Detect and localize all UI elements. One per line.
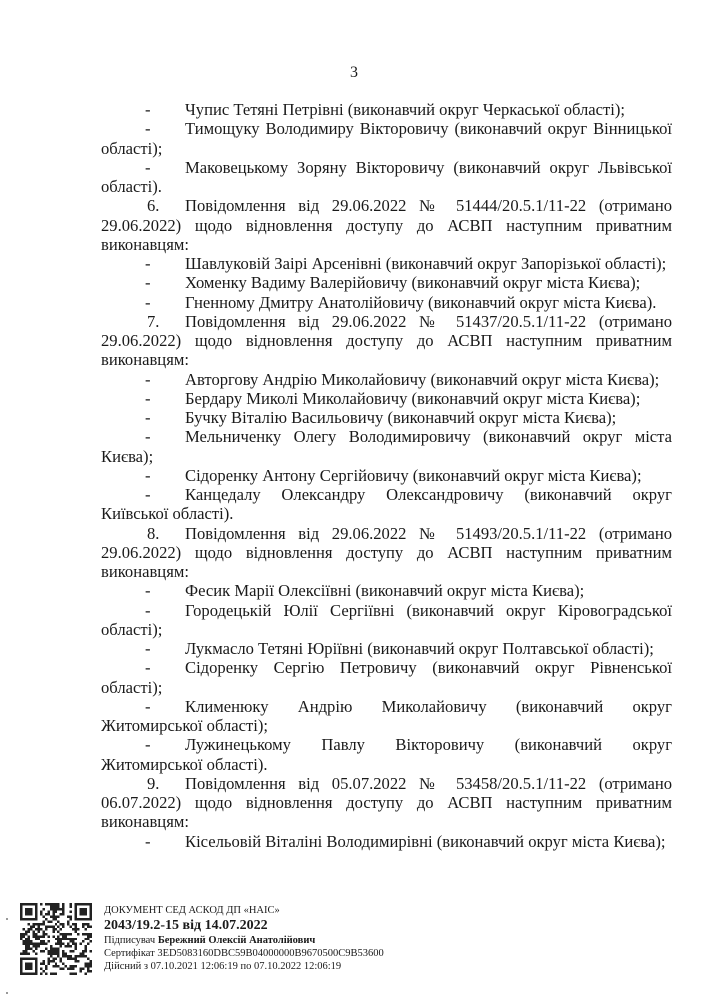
list-item: -Авторгову Андрію Миколайовичу (виконавч… <box>101 370 672 389</box>
paragraph-number: 6. <box>101 196 185 215</box>
list-item: -Чупис Тетяні Петрівні (виконавчий округ… <box>101 100 672 119</box>
list-item-text: Сідоренку Сергію Петровичу (виконавчий о… <box>101 658 672 696</box>
list-item-text: Бучку Віталію Васильовичу (виконавчий ок… <box>185 408 616 427</box>
bullet-dash: - <box>145 427 151 446</box>
list-item: -Хоменку Вадиму Валерійовичу (виконавчий… <box>101 273 672 292</box>
list-item-text: Маковецькому Зоряну Вікторовичу (виконав… <box>101 158 672 196</box>
paragraph-text: Повідомлення від 29.06.2022 № 51444/20.5… <box>101 196 672 254</box>
list-item-text: Авторгову Андрію Миколайовичу (виконавчи… <box>185 370 659 389</box>
stamp-doc-number: 2043/19.2-15 від 14.07.2022 <box>104 917 384 934</box>
numbered-paragraph: 7.Повідомлення від 29.06.2022 № 51437/20… <box>101 312 672 370</box>
numbered-paragraph: 8.Повідомлення від 29.06.2022 № 51493/20… <box>101 524 672 582</box>
list-item: -Шавлуковій Заірі Арсенівні (виконавчий … <box>101 254 672 273</box>
list-item: -Бучку Віталію Васильовичу (виконавчий о… <box>101 408 672 427</box>
bullet-dash: - <box>145 832 151 851</box>
signer-label: Підписувач <box>104 935 155 946</box>
bullet-dash: - <box>145 293 151 312</box>
paragraph-number: 9. <box>101 774 185 793</box>
list-item-text: Канцедалу Олександру Олександровичу (вик… <box>101 485 672 523</box>
qr-code-icon <box>20 903 92 975</box>
list-item: -Сідоренку Антону Сергійовичу (виконавчи… <box>101 466 672 485</box>
list-item-text: Гненному Дмитру Анатолійовичу (виконавчи… <box>185 293 656 312</box>
bullet-dash: - <box>145 639 151 658</box>
bullet-dash: - <box>145 273 151 292</box>
list-item: -Лукмасло Тетяні Юріївні (виконавчий окр… <box>101 639 672 658</box>
list-item-text: Фесик Марії Олексіївні (виконавчий округ… <box>185 581 584 600</box>
scan-mark <box>6 918 8 920</box>
paragraph-text: Повідомлення від 05.07.2022 № 53458/20.5… <box>101 774 672 832</box>
list-item-text: Кісельовій Віталіні Володимирівні (викон… <box>185 832 666 851</box>
bullet-dash: - <box>145 100 151 119</box>
bullet-dash: - <box>145 658 151 677</box>
paragraph-number: 7. <box>101 312 185 331</box>
stamp-certificate: Сертифікат 3ED5083160DBC59B04000000B9670… <box>104 947 384 960</box>
paragraph-number: 8. <box>101 524 185 543</box>
list-item: -Сідоренку Сергію Петровичу (виконавчий … <box>101 658 672 697</box>
list-item: -Гненному Дмитру Анатолійовичу (виконавч… <box>101 293 672 312</box>
list-item-text: Мельниченку Олегу Володимировичу (викона… <box>101 427 672 465</box>
list-item: -Кісельовій Віталіні Володимирівні (вико… <box>101 832 672 851</box>
stamp-signer: Підписувач Бережний Олексій Анатолійович <box>104 934 384 947</box>
stamp-text: ДОКУМЕНТ СЕД АСКОД ДП «НАІС» 2043/19.2-1… <box>104 904 384 973</box>
signer-name: Бережний Олексій Анатолійович <box>158 935 315 946</box>
list-item-text: Лужинецькому Павлу Вікторовичу (виконавч… <box>101 735 672 773</box>
list-item-text: Хоменку Вадиму Валерійовичу (виконавчий … <box>185 273 640 292</box>
bullet-dash: - <box>145 254 151 273</box>
list-item-text: Клименюку Андрію Миколайовичу (виконавчи… <box>101 697 672 735</box>
bullet-dash: - <box>145 370 151 389</box>
bullet-dash: - <box>145 581 151 600</box>
list-item: -Городецькій Юлії Сергіївні (виконавчий … <box>101 601 672 640</box>
paragraph-text: Повідомлення від 29.06.2022 № 51437/20.5… <box>101 312 672 370</box>
signature-stamp: ДОКУМЕНТ СЕД АСКОД ДП «НАІС» 2043/19.2-1… <box>20 903 440 979</box>
list-item: -Маковецькому Зоряну Вікторовичу (викона… <box>101 158 672 197</box>
document-body: -Чупис Тетяні Петрівні (виконавчий округ… <box>101 100 672 851</box>
list-item-text: Чупис Тетяні Петрівні (виконавчий округ … <box>185 100 625 119</box>
stamp-doc-system: ДОКУМЕНТ СЕД АСКОД ДП «НАІС» <box>104 904 384 917</box>
list-item: -Канцедалу Олександру Олександровичу (ви… <box>101 485 672 524</box>
list-item-text: Шавлуковій Заірі Арсенівні (виконавчий о… <box>185 254 666 273</box>
list-item: -Лужинецькому Павлу Вікторовичу (виконав… <box>101 735 672 774</box>
page-number: 3 <box>0 64 708 82</box>
bullet-dash: - <box>145 158 151 177</box>
numbered-paragraph: 9.Повідомлення від 05.07.2022 № 53458/20… <box>101 774 672 832</box>
bullet-dash: - <box>145 601 151 620</box>
scan-mark <box>6 992 8 994</box>
list-item-text: Городецькій Юлії Сергіївні (виконавчий о… <box>101 601 672 639</box>
bullet-dash: - <box>145 697 151 716</box>
paragraph-text: Повідомлення від 29.06.2022 № 51493/20.5… <box>101 524 672 582</box>
bullet-dash: - <box>145 735 151 754</box>
list-item: -Клименюку Андрію Миколайовичу (виконавч… <box>101 697 672 736</box>
list-item: -Бердару Миколі Миколайовичу (виконавчий… <box>101 389 672 408</box>
bullet-dash: - <box>145 389 151 408</box>
numbered-paragraph: 6.Повідомлення від 29.06.2022 № 51444/20… <box>101 196 672 254</box>
bullet-dash: - <box>145 408 151 427</box>
list-item: -Тимощуку Володимиру Вікторовичу (викона… <box>101 119 672 158</box>
list-item-text: Сідоренку Антону Сергійовичу (виконавчий… <box>185 466 642 485</box>
bullet-dash: - <box>145 119 151 138</box>
bullet-dash: - <box>145 485 151 504</box>
list-item-text: Тимощуку Володимиру Вікторовичу (виконав… <box>101 119 672 157</box>
bullet-dash: - <box>145 466 151 485</box>
list-item: -Фесик Марії Олексіївні (виконавчий окру… <box>101 581 672 600</box>
stamp-validity: Дійсний з 07.10.2021 12:06:19 по 07.10.2… <box>104 960 384 973</box>
list-item-text: Бердару Миколі Миколайовичу (виконавчий … <box>185 389 640 408</box>
list-item-text: Лукмасло Тетяні Юріївні (виконавчий окру… <box>185 639 654 658</box>
list-item: -Мельниченку Олегу Володимировичу (викон… <box>101 427 672 466</box>
